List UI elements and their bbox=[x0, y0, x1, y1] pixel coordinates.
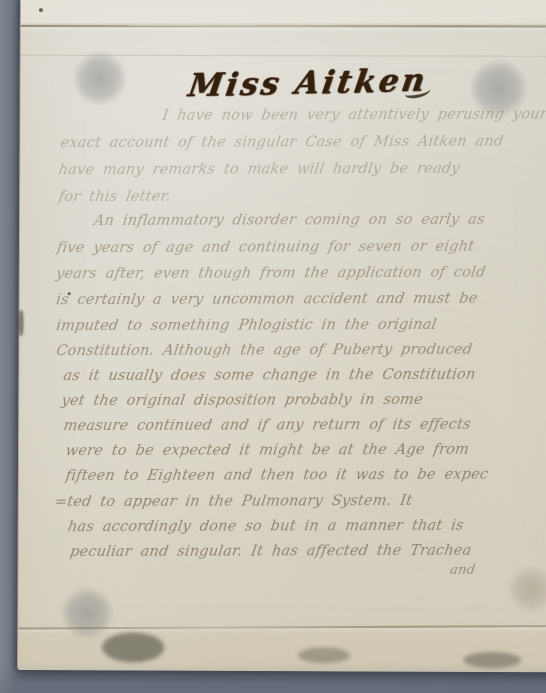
letter-line: were to be expected it might be at the A… bbox=[64, 442, 470, 459]
catchword: and bbox=[449, 563, 476, 578]
letter-line: years after, even though from the applic… bbox=[55, 265, 487, 283]
letter-line: imputed to something Phlogistic in the o… bbox=[55, 317, 438, 334]
letter-line: peculiar and singular. It has affected t… bbox=[69, 543, 473, 560]
letter-line: as it usually does some change in the Co… bbox=[62, 367, 476, 384]
letter-line: five years of age and continuing for sev… bbox=[56, 239, 476, 256]
letter-line: An inflammatory disorder coming on so ea… bbox=[93, 212, 486, 229]
letter-line: yet the original disposition probably in… bbox=[60, 392, 424, 409]
letter-line: fifteen to Eighteen and then too it was … bbox=[65, 467, 490, 484]
backdrop-shadow bbox=[0, 663, 546, 693]
letter-line: has accordingly done so but in a manner … bbox=[67, 518, 465, 535]
letter-line: =ted to appear in the Pulmonary System. … bbox=[54, 493, 414, 510]
letter-line: is certainly a very uncommon accident an… bbox=[55, 291, 479, 308]
paper-sheet: Miss Aitken I have now been very attenti… bbox=[17, 0, 546, 672]
letter-line: measure continued and if any return of i… bbox=[62, 417, 471, 434]
letter-line: Constitution. Although the age of Pubert… bbox=[55, 342, 473, 359]
letter-line: I have now been very attentively perusin… bbox=[161, 107, 546, 124]
letter-line: for this letter. bbox=[58, 189, 173, 205]
letter-line: have many remarks to make will hardly be… bbox=[57, 161, 460, 178]
letter-body: I have now been very attentively perusin… bbox=[20, 0, 546, 670]
letter-line: exact account of the singular Case of Mi… bbox=[59, 134, 504, 152]
